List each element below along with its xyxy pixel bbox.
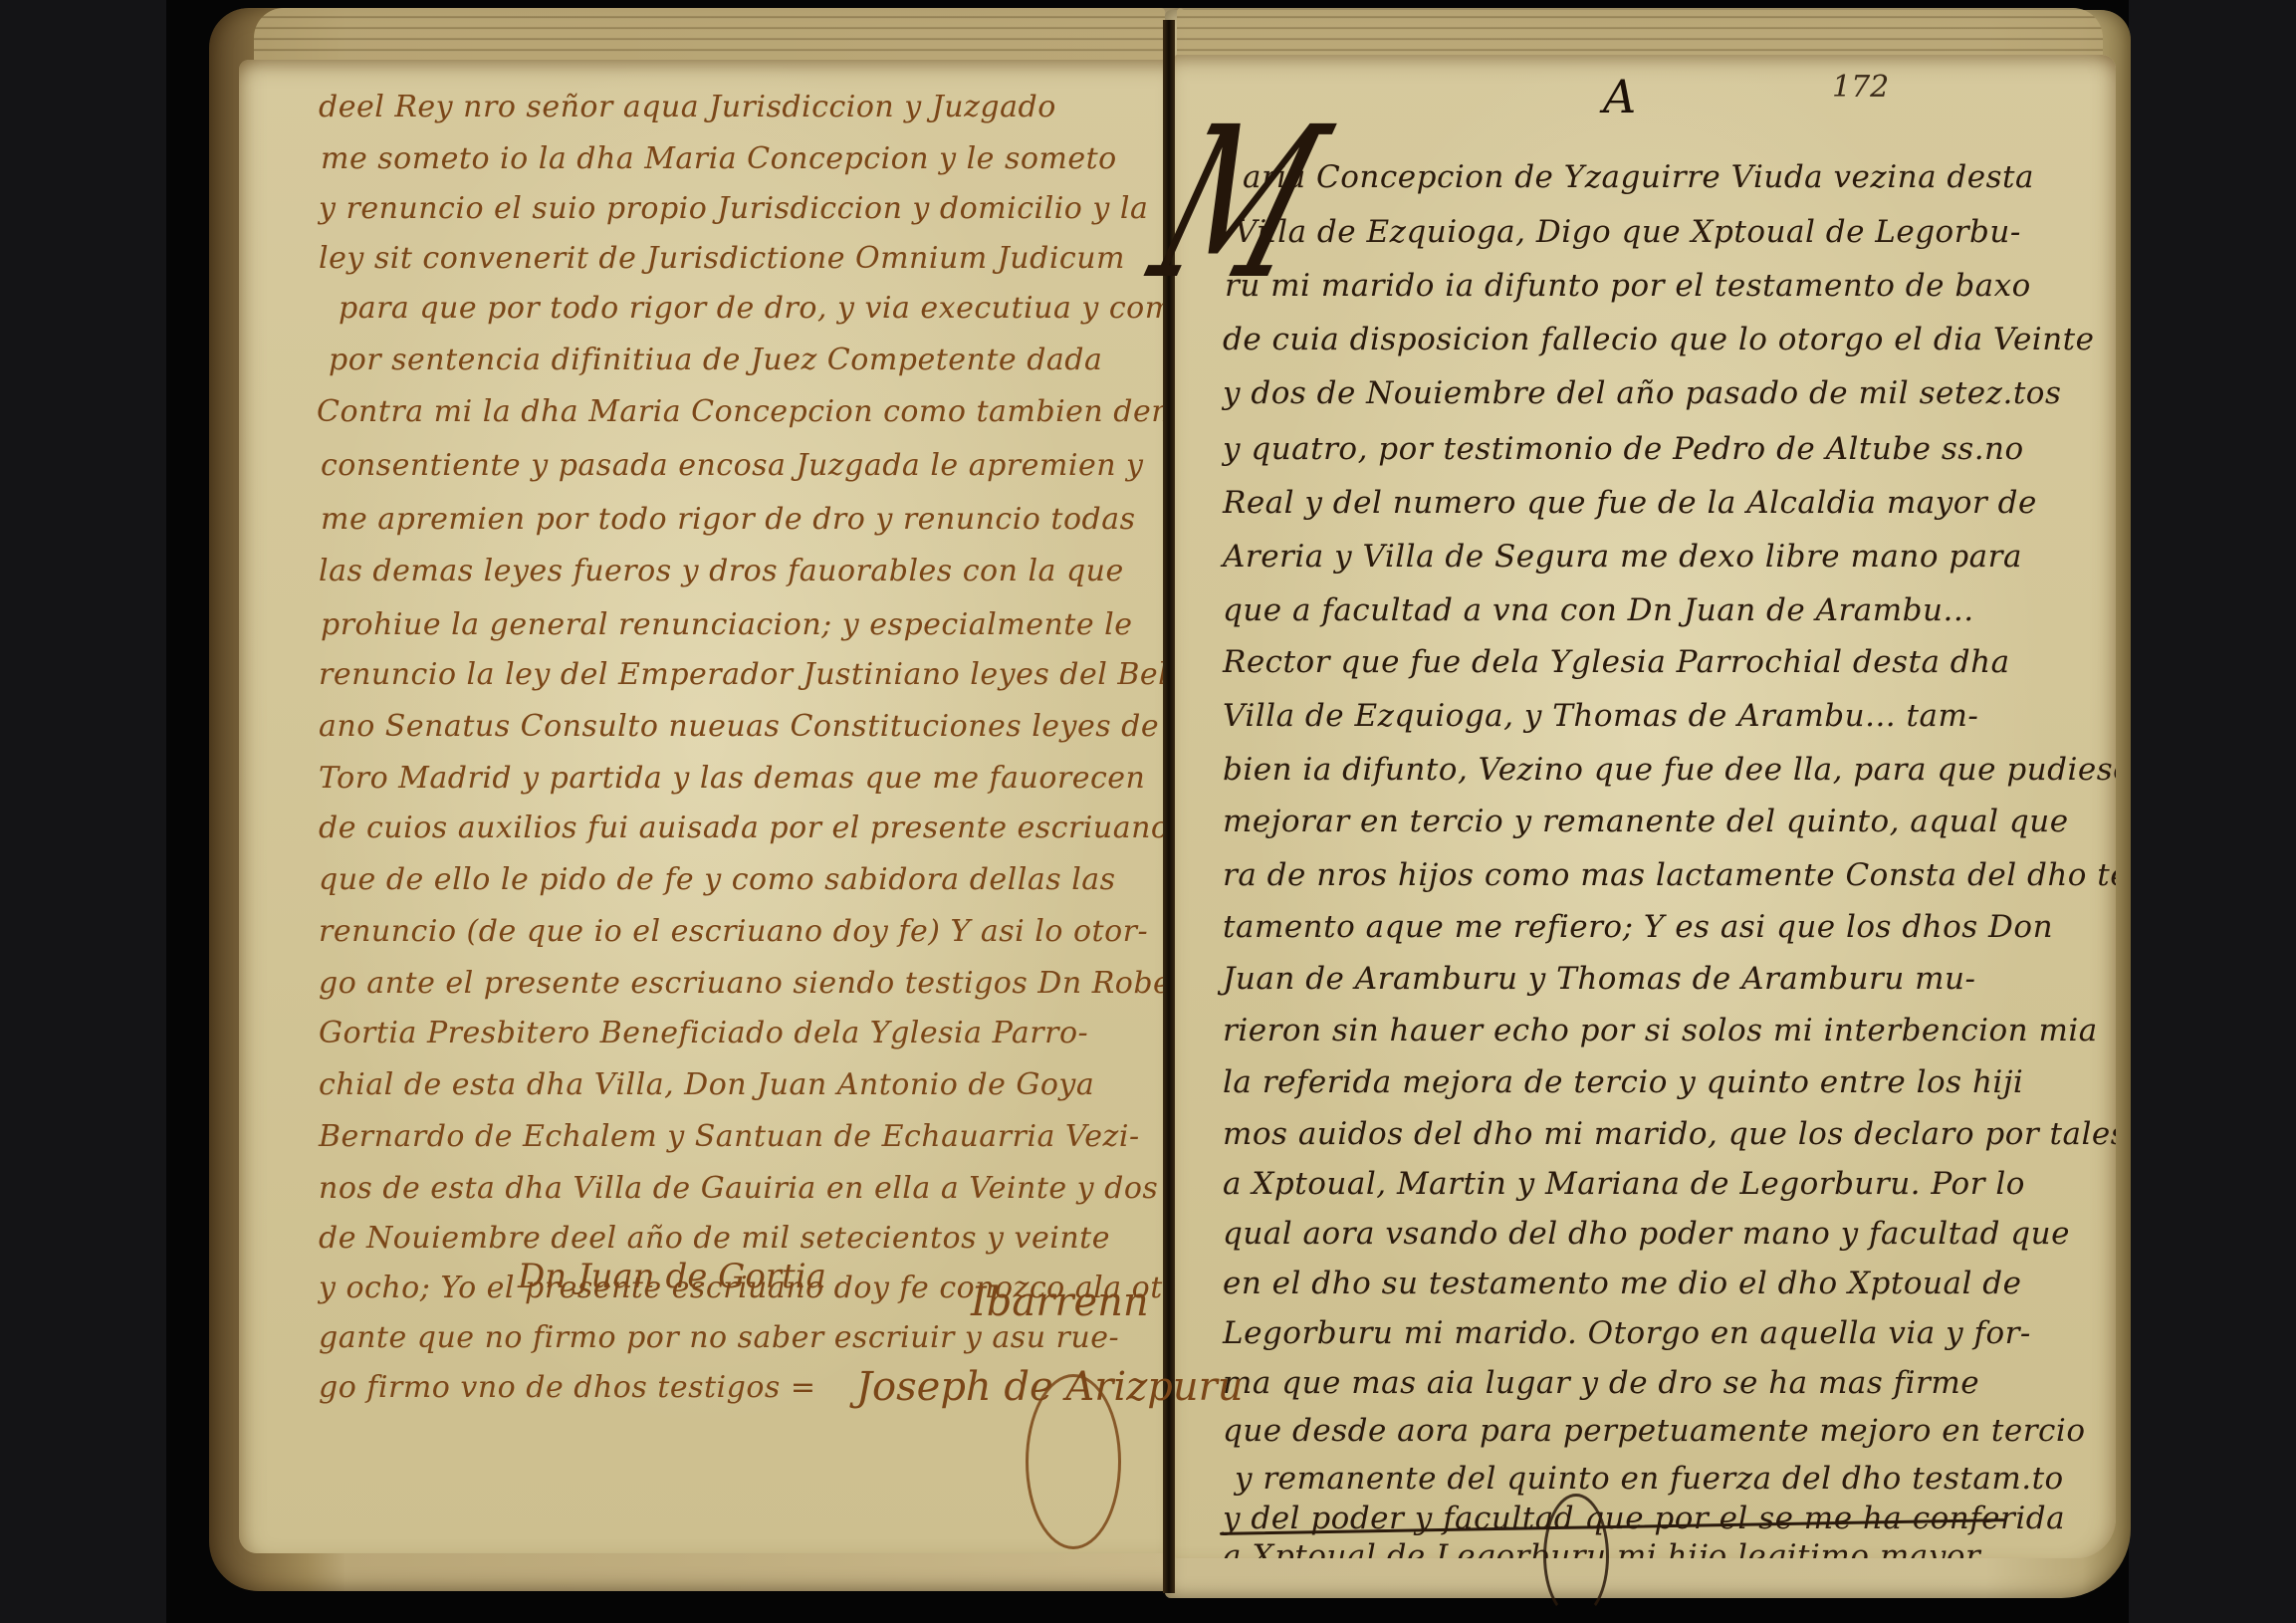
text-line: mejorar en tercio y remanente del quinto… — [1223, 804, 2069, 839]
text-line: Legorburu mi marido. Otorgo en aquella v… — [1223, 1315, 2031, 1351]
text-line: renuncio (de que io el escriuano doy fe)… — [319, 914, 1148, 949]
text-line: bien ia difunto, Vezino que fue dee lla,… — [1223, 752, 2116, 788]
text-line: Gortia Presbitero Beneficiado dela Ygles… — [319, 1016, 1088, 1050]
text-line: de cuia disposicion fallecio que lo otor… — [1223, 322, 2095, 357]
text-line: mos auidos del dho mi marido, que los de… — [1223, 1116, 2116, 1152]
folio-number: 172 — [1832, 70, 1889, 105]
text-line: la referida mejora de tercio y quinto en… — [1223, 1064, 2023, 1100]
text-line: go ante el presente escriuano siendo tes… — [319, 966, 1170, 1001]
text-line: y remanente del quinto en fuerza del dho… — [1235, 1461, 2064, 1497]
text-line: para que por todo rigor de dro, y via ex… — [339, 291, 1170, 326]
text-line: chial de esta dha Villa, Don Juan Antoni… — [319, 1067, 1094, 1102]
text-line: y renuncio el suio propio Jurisdiccion y… — [319, 191, 1148, 226]
right-page: aria Concepcion de Yzaguirre Viuda vezin… — [1175, 55, 2116, 1558]
text-line: Villa de Ezquioga, Digo que Xptoual de L… — [1235, 214, 2021, 250]
text-line: ra de nros hijos como mas lactamente Con… — [1223, 857, 2116, 893]
signature-ibarrenn: Ibarrenn — [971, 1279, 1149, 1325]
text-line: rieron sin hauer echo por si solos mi in… — [1223, 1013, 2098, 1048]
text-line: ley sit convenerit de Jurisdictione Omni… — [319, 241, 1125, 276]
text-line: que a facultad a vna con Dn Juan de Aram… — [1223, 592, 1974, 628]
left-page: deel Rey nro señor aqua Jurisdiccion y J… — [239, 60, 1170, 1553]
text-line: las demas leyes fueros y dros fauorables… — [319, 554, 1124, 588]
signature-gortia: Dn Juan de Gortia — [518, 1257, 826, 1296]
text-line: a Xptoual, Martin y Mariana de Legorburu… — [1223, 1166, 2025, 1202]
text-line: prohiue la general renunciacion; y espec… — [321, 607, 1133, 642]
text-line: ru mi marido ia difunto por el testament… — [1225, 268, 2031, 304]
text-line: nos de esta dha Villa de Gauiria en ella… — [319, 1171, 1158, 1206]
text-line: ma que mas aia lugar y de dro se ha mas … — [1223, 1365, 1979, 1401]
text-line: en el dho su testamento me dio el dho Xp… — [1223, 1266, 2021, 1301]
text-line: Juan de Aramburu y Thomas de Aramburu mu… — [1223, 961, 1976, 997]
text-line: Real y del numero que fue de la Alcaldia… — [1223, 485, 2037, 521]
text-line: go firmo vno de dhos testigos = — [319, 1370, 815, 1405]
text-line: Areria y Villa de Segura me dexo libre m… — [1223, 539, 2022, 575]
text-line: ano Senatus Consulto nueuas Constitucion… — [319, 709, 1159, 744]
text-line: me someto io la dha Maria Concepcion y l… — [321, 141, 1117, 176]
text-line: me apremien por todo rigor de dro y renu… — [321, 502, 1136, 537]
text-line: renuncio la ley del Emperador Justiniano… — [319, 657, 1170, 692]
text-line: Rector que fue dela Yglesia Parrochial d… — [1223, 644, 2010, 680]
text-line: Toro Madrid y partida y las demas que me… — [319, 761, 1145, 796]
text-line: tamento aque me refiero; Y es asi que lo… — [1223, 909, 2053, 945]
text-line: de Nouiembre deel año de mil setecientos… — [319, 1221, 1110, 1256]
text-line: gante que no firmo por no saber escriuir… — [319, 1320, 1119, 1355]
text-line: que desde aora para perpetuamente mejoro… — [1223, 1413, 2085, 1449]
left-top-page-edges — [254, 8, 1165, 63]
text-line: de cuios auxilios fui auisada por el pre… — [319, 811, 1170, 845]
signature-flourish — [1026, 1374, 1121, 1549]
text-line: por sentencia difinitiua de Juez Compete… — [329, 343, 1102, 377]
text-line: que de ello le pido de fe y como sabidor… — [319, 862, 1116, 897]
text-line: Bernardo de Echalem y Santuan de Echauar… — [319, 1119, 1140, 1154]
text-line: qual aora vsando del dho poder mano y fa… — [1223, 1216, 2070, 1252]
rubric-flourish — [1543, 1494, 1609, 1619]
text-line: deel Rey nro señor aqua Jurisdiccion y J… — [319, 90, 1056, 124]
text-line: consentiente y pasada encosa Juzgada le … — [321, 448, 1144, 483]
text-line: y dos de Nouiembre del año pasado de mil… — [1223, 375, 2061, 411]
text-line: y quatro, por testimonio de Pedro de Alt… — [1223, 431, 2024, 467]
text-line: aria Concepcion de Yzaguirre Viuda vezin… — [1243, 159, 2034, 195]
text-line: Contra mi la dha Maria Concepcion como t… — [317, 394, 1170, 429]
top-mark: A — [1603, 70, 1636, 123]
text-line: Villa de Ezquioga, y Thomas de Arambu...… — [1223, 698, 1978, 734]
